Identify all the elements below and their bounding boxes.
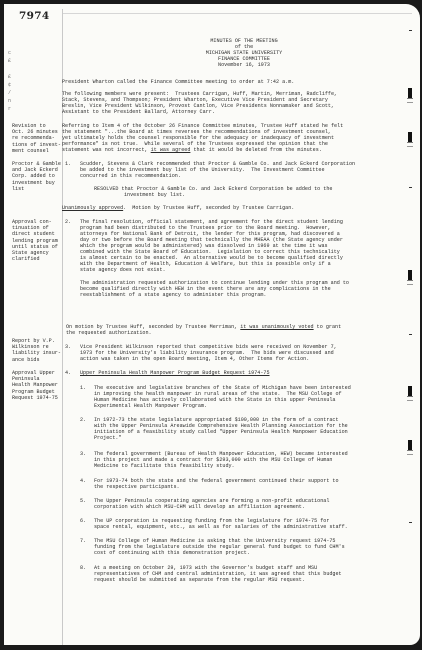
- item-number: 3.: [65, 344, 71, 350]
- subitem-line: request should be submitted as separate …: [94, 577, 305, 583]
- motion-line: the requested authorization.: [66, 330, 152, 336]
- top-rule: [62, 13, 412, 14]
- subitem-line: corporation with which MSU-CHM will deve…: [94, 504, 305, 510]
- item-number: 1.: [65, 161, 71, 167]
- subitem-number: 8.: [80, 565, 86, 571]
- subitem-number: 1.: [80, 385, 86, 391]
- subitem-line: Project.": [94, 435, 122, 441]
- margin-note: Approval Upper Peninsula Health Manpower…: [12, 370, 58, 401]
- paragraph-line: action was taken in the open Board meeti…: [80, 356, 309, 362]
- subitem-line: Experimental Health Manpower Program.: [94, 403, 207, 409]
- subitem-line: cost of continuing with this demonstrati…: [94, 550, 250, 556]
- margin-note: Approval con- tinuation of direct studen…: [12, 219, 58, 262]
- subitem-line: initiation of a feasibility study called…: [94, 429, 348, 435]
- subitem-line: the respective participants.: [94, 484, 180, 490]
- page-number: 7974: [19, 10, 49, 22]
- section-title: Upper Peninsula Health Manpower Program …: [80, 370, 270, 376]
- subitem-number: 6.: [80, 518, 86, 524]
- edge-marks: c£ £¢/nr: [8, 49, 11, 113]
- underlined-phrase: it was unanimously voted: [240, 324, 313, 330]
- scan-mark: [409, 187, 412, 188]
- subitem-number: 4.: [80, 478, 86, 484]
- binder-clip-mark: [408, 440, 412, 450]
- call-to-order: President Wharton called the Finance Com…: [62, 79, 294, 85]
- subitem-number: 5.: [80, 498, 86, 504]
- binder-clip-mark: [408, 270, 412, 280]
- scan-mark: [409, 334, 412, 335]
- underlined-phrase: Unanimously approved: [62, 205, 123, 211]
- paragraph-line: reestablishment of a state agency to adm…: [80, 292, 266, 298]
- paragraph-line: concurred in this recommendation.: [80, 173, 181, 179]
- scan-mark: [409, 30, 412, 31]
- resolution-line: investment buy list.: [124, 192, 185, 198]
- subitem-line: space rental, equipment, etc., as well a…: [94, 524, 348, 530]
- paragraph-line: state agency does not exist.: [80, 267, 166, 273]
- item-number: 4.: [65, 370, 71, 376]
- approval-line: Unanimously approved. Motion by Trustee …: [62, 205, 294, 211]
- subitem-number: 3.: [80, 451, 86, 457]
- heading-line: November 16, 1973: [154, 62, 334, 68]
- scan-mark: [409, 522, 412, 523]
- binder-clip-mark: [408, 132, 412, 142]
- document-page: 7974 c£ £¢/nr MINUTES OF THE MEETING of …: [4, 4, 420, 645]
- paragraph-line: statement was not incorrect, it was agre…: [62, 147, 322, 153]
- binder-clip-mark: [408, 88, 412, 98]
- item-number: 2.: [65, 219, 71, 225]
- subitem-line: Medicine to facilitate this feasibility …: [94, 463, 235, 469]
- margin-note: Report by V.P. Wilkinson re liability in…: [12, 338, 61, 363]
- margin-note: Proctor & Gamble and Jack Eckerd Corp. a…: [12, 161, 61, 192]
- binder-clip-mark: [408, 386, 412, 396]
- subitem-number: 2.: [80, 417, 86, 423]
- subitem-number: 7.: [80, 538, 86, 544]
- attendance-line: Assistant to the President Ballard, Atto…: [62, 109, 215, 115]
- underlined-phrase: it was agreed: [151, 147, 191, 153]
- margin-note: Revision to Oct. 26 minutes re recommend…: [12, 123, 61, 154]
